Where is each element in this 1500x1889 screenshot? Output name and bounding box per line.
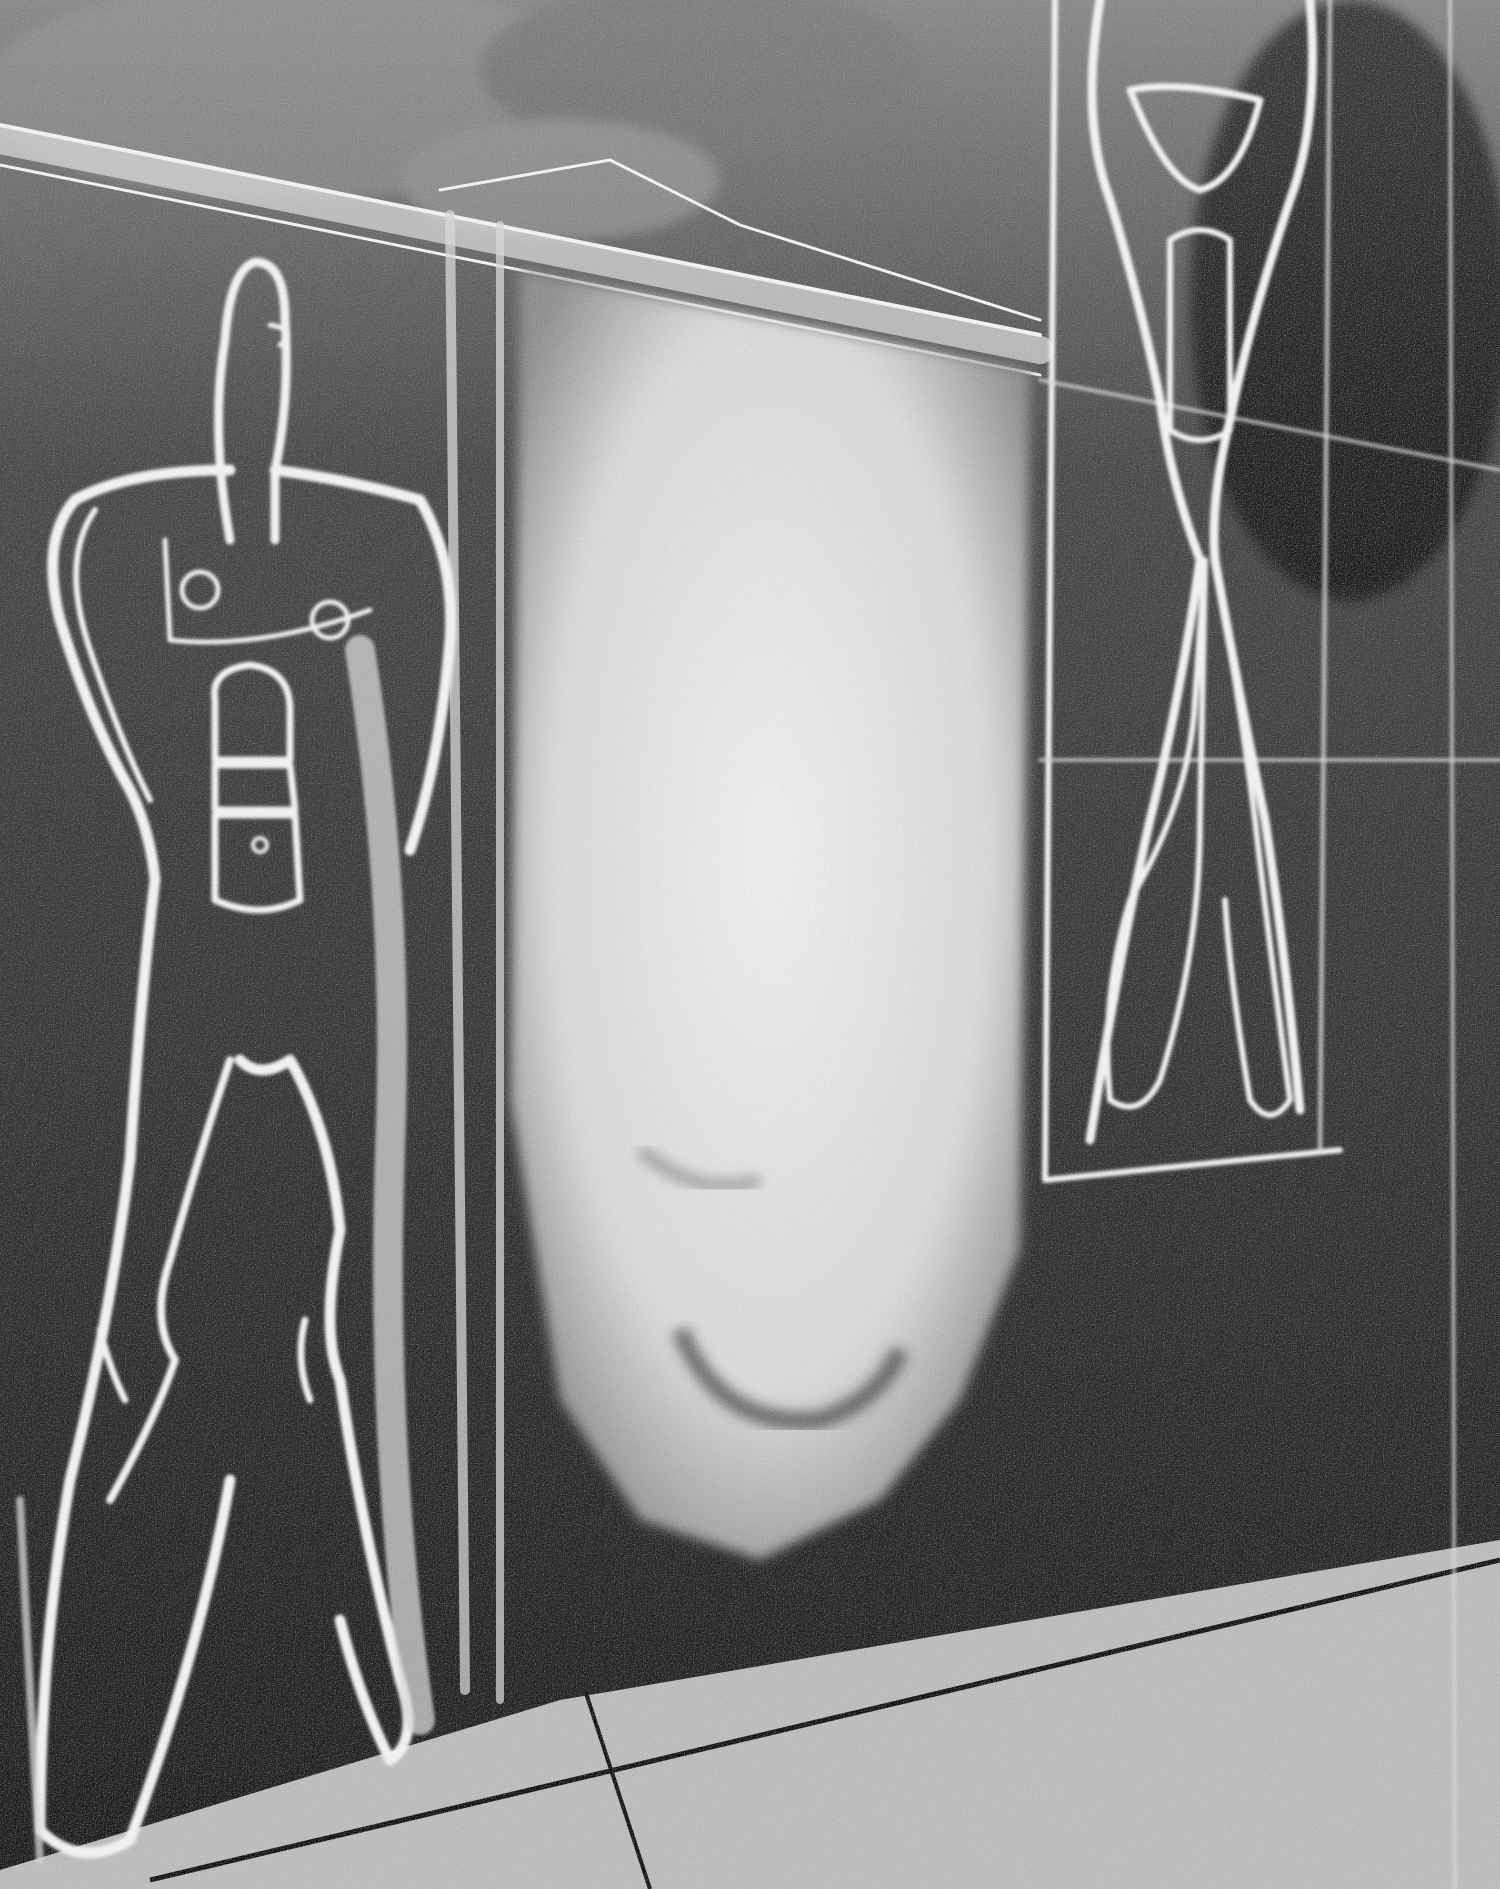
center-hanging-panel [510,270,1030,1560]
photograph [0,0,1500,1889]
